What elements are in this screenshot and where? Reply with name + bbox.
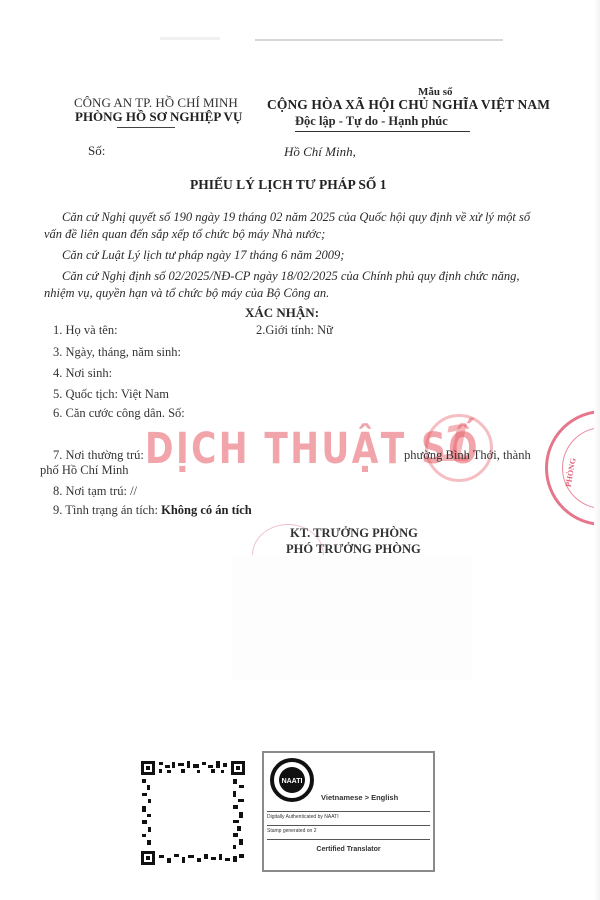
field-full-name: 1. Họ và tên: [53,323,118,338]
preamble-3-line-2: nhiệm vụ, quyền hạn và tổ chức bộ máy củ… [44,286,329,301]
redacted-signature-area [232,555,472,680]
criminal-record-label: 9. Tình trạng án tích: [53,503,158,517]
svg-text:NAATI: NAATI [282,778,303,785]
national-title: CỘNG HÒA XÃ HỘI CHỦ NGHĨA VIỆT NAM [267,97,550,113]
department-underline [117,127,175,128]
preamble-3-line-1: Căn cứ Nghị định số 02/2025/NĐ-CP ngày 1… [62,269,519,284]
preamble-2: Căn cứ Luật Lý lịch tư pháp ngày 17 thán… [62,248,344,263]
naati-certification-stamp: NAATI Vietnamese > English Digitally Aut… [262,751,435,872]
document-number-label: Số: [88,143,105,159]
confirm-heading: XÁC NHẬN: [245,305,319,321]
field-permanent-residence-ward: phường Bình Thới, thành [404,448,531,463]
field-permanent-residence-city: phố Hồ Chí Minh [40,463,129,478]
field-dob: 3. Ngày, tháng, năm sinh: [53,345,181,360]
auth-line: Digitally Authenticated by NAATI [267,811,430,820]
qr-code-icon [137,757,249,869]
field-permanent-residence: 7. Nơi thường trú: [53,448,144,463]
national-motto: Độc lập - Tự do - Hạnh phúc [295,114,448,129]
field-gender: 2.Giới tính: Nữ [256,323,333,338]
field-nationality: 5. Quốc tịch: Việt Nam [53,387,169,402]
field-criminal-record: 9. Tình trạng án tích: Không có án tích [53,503,252,518]
field-temporary-residence: 8. Nơi tạm trú: // [53,484,137,499]
language-pair: Vietnamese > English [321,793,398,802]
document-title: PHIẾU LÝ LỊCH TƯ PHÁP SỐ 1 [190,177,387,193]
preamble-1-line-1: Căn cứ Nghị quyết số 190 ngày 19 tháng 0… [62,210,530,225]
motto-underline [295,131,470,132]
signatory-title-1: KT. TRƯỞNG PHÒNG [290,526,418,541]
naati-logo-icon: NAATI [270,758,314,802]
scan-top-line [255,39,503,41]
criminal-record-value: Không có án tích [161,503,252,517]
place-date: Hồ Chí Minh, [284,144,356,160]
translator-role: Certified Translator [267,839,430,853]
scan-artifact [160,37,220,40]
preamble-1-line-2: vấn đề liên quan đến sắp xếp tổ chức bộ … [44,227,325,242]
scan-edge-shadow [594,0,600,900]
issuing-department: PHÒNG HỒ SƠ NGHIỆP VỤ [75,109,242,125]
stamp-generated-line: Stamp generated on 2 [267,825,430,834]
field-citizen-id: 6. Căn cước công dân. Số: [53,406,185,421]
field-birthplace: 4. Nơi sinh: [53,366,112,381]
